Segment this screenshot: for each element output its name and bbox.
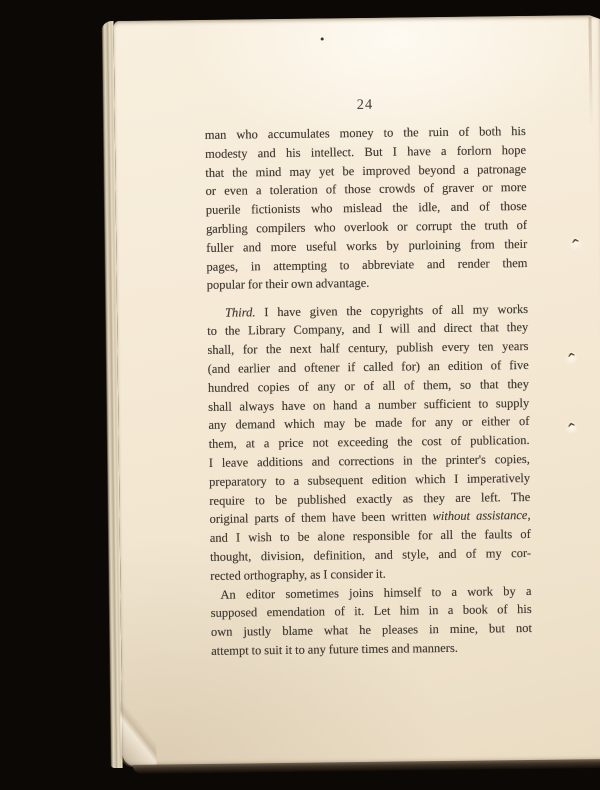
stitch-mark-icon: ^: [564, 349, 580, 364]
page-number: 24: [204, 95, 525, 116]
paragraph-3: An editor sometimes joins himself to a w…: [210, 582, 532, 661]
stitch-mark-icon: ^: [564, 419, 580, 434]
page-crease: [588, 17, 592, 127]
paragraph-1: man who accumulates money to the ruin of…: [205, 122, 528, 295]
page-corner-fold: [120, 701, 157, 767]
text-segment: I have given the copyrights of all my wo…: [255, 302, 528, 319]
text-line: popular for their own advantage.: [207, 272, 528, 295]
stitch-mark-icon: ^: [568, 235, 584, 250]
paragraph-2: Third. I have given the copyrights of al…: [207, 300, 531, 586]
dust-speck: [321, 37, 324, 40]
text-line: own justly blame what he pleases in mine…: [211, 619, 532, 642]
scan-background: 24 man who accumulates money to the ruin…: [0, 0, 600, 790]
italic-term: Third.: [225, 305, 256, 319]
text-block: man who accumulates money to the ruin of…: [205, 122, 533, 661]
text-segment: original parts of them have been written: [209, 510, 432, 527]
text-line: attempt to suit it to any future times a…: [211, 638, 532, 661]
text-line: thought, division, definition, and style…: [210, 544, 531, 567]
italic-term: without assistance,: [432, 508, 530, 523]
book-page: 24 man who accumulates money to the ruin…: [113, 15, 600, 766]
